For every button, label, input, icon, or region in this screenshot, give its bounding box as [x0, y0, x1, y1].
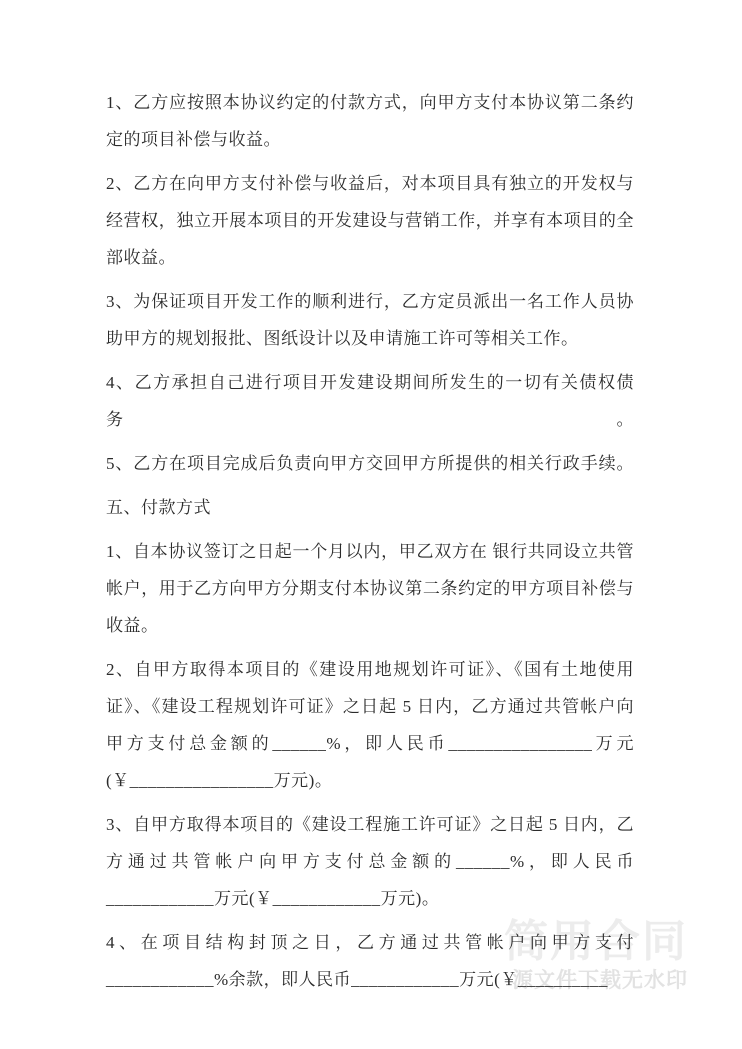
text-line: 甲方支付总金额的______%，即人民币________________万元 [106, 725, 634, 762]
document-content: 1、乙方应按照本协议约定的付款方式，向甲方支付本协议第二条约定的项目补偿与收益。… [106, 84, 634, 1005]
paragraph: 2、乙方在向甲方支付补偿与收益后，对本项目具有独立的开发权与经营权，独立开展本项… [106, 165, 634, 276]
text-line: 2、自甲方取得本项目的《建设用地规划许可证》、《国有土地使用 [106, 651, 634, 688]
text-line: 3、为保证项目开发工作的顺利进行，乙方定员派出一名工作人员协 [106, 283, 634, 320]
text-line: 经营权，独立开展本项目的开发建设与营销工作，并享有本项目的全 [106, 202, 634, 239]
text-line: 4、在项目结构封顶之日，乙方通过共管帐户向甲方支付 [106, 924, 634, 961]
paragraph: 4、乙方承担自己进行项目开发建设期间所发生的一切有关债权债务。 [106, 364, 634, 438]
text-line: 4、乙方承担自己进行项目开发建设期间所发生的一切有关债权债务。 [106, 364, 634, 438]
text-line: 定的项目补偿与收益。 [106, 121, 634, 158]
text-line: 部收益。 [106, 239, 634, 276]
text-line: 3、自甲方取得本项目的《建设工程施工许可证》之日起 5 日内，乙 [106, 806, 634, 843]
text-line: ____________%余款，即人民币____________万元(￥____… [106, 961, 634, 998]
paragraph: 1、自本协议签订之日起一个月以内，甲乙双方在 银行共同设立共管帐户，用于乙方向甲… [106, 533, 634, 644]
paragraph: 3、自甲方取得本项目的《建设工程施工许可证》之日起 5 日内，乙方通过共管帐户向… [106, 806, 634, 917]
text-line: 方通过共管帐户向甲方支付总金额的______%，即人民币 [106, 843, 634, 880]
paragraph: 1、乙方应按照本协议约定的付款方式，向甲方支付本协议第二条约定的项目补偿与收益。 [106, 84, 634, 158]
text-line: 2、乙方在向甲方支付补偿与收益后，对本项目具有独立的开发权与 [106, 165, 634, 202]
paragraph: 3、为保证项目开发工作的顺利进行，乙方定员派出一名工作人员协助甲方的规划报批、图… [106, 283, 634, 357]
text-line: 证》、《建设工程规划许可证》之日起 5 日内，乙方通过共管帐户向 [106, 688, 634, 725]
text-line: 五、付款方式 [106, 489, 634, 526]
text-line: 5、乙方在项目完成后负责向甲方交回甲方所提供的相关行政手续。 [106, 445, 634, 482]
text-line: 1、自本协议签订之日起一个月以内，甲乙双方在 银行共同设立共管 [106, 533, 634, 570]
paragraph: 2、自甲方取得本项目的《建设用地规划许可证》、《国有土地使用证》、《建设工程规划… [106, 651, 634, 799]
text-line: 收益。 [106, 607, 634, 644]
text-line: (￥________________万元)。 [106, 762, 634, 799]
paragraph: 5、乙方在项目完成后负责向甲方交回甲方所提供的相关行政手续。 [106, 445, 634, 482]
text-line: 1、乙方应按照本协议约定的付款方式，向甲方支付本协议第二条约 [106, 84, 634, 121]
text-line: ____________万元(￥____________万元)。 [106, 880, 634, 917]
text-line: 帐户，用于乙方向甲方分期支付本协议第二条约定的甲方项目补偿与 [106, 570, 634, 607]
paragraph: 五、付款方式 [106, 489, 634, 526]
document-page: 1、乙方应按照本协议约定的付款方式，向甲方支付本协议第二条约定的项目补偿与收益。… [0, 0, 742, 1049]
text-line: 助甲方的规划报批、图纸设计以及申请施工许可等相关工作。 [106, 320, 634, 357]
paragraph: 4、在项目结构封顶之日，乙方通过共管帐户向甲方支付____________%余款… [106, 924, 634, 998]
